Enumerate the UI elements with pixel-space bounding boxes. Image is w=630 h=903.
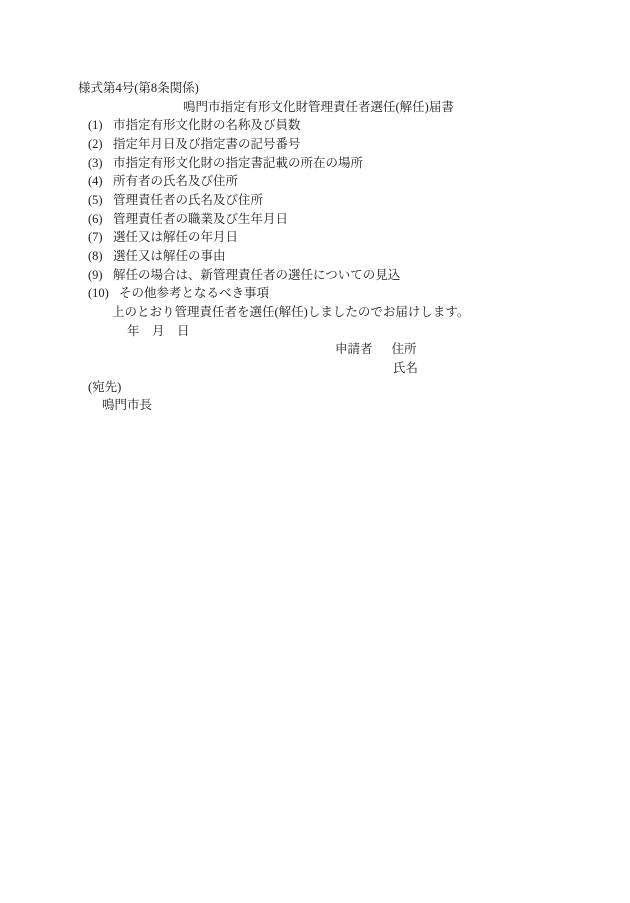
item-text: その他参考となるべき事項 [119, 286, 269, 300]
item-text: 所有者の氏名及び住所 [113, 174, 238, 188]
list-item: (4)所有者の氏名及び住所 [0, 172, 630, 191]
addressee-name: 鳴門市長 [0, 396, 630, 415]
item-text: 選任又は解任の年月日 [113, 230, 238, 244]
list-item: (5)管理責任者の氏名及び住所 [0, 191, 630, 210]
item-number: (7) [88, 228, 113, 247]
list-item: (2)指定年月日及び指定書の記号番号 [0, 135, 630, 154]
list-item: (10)その他参考となるべき事項 [0, 284, 630, 303]
list-item: (6)管理責任者の職業及び生年月日 [0, 210, 630, 229]
item-number: (6) [88, 210, 113, 229]
applicant-name-label: 氏名 [393, 361, 418, 375]
list-item: (1)市指定有形文化財の名称及び員数 [0, 116, 630, 135]
item-number: (2) [88, 135, 113, 154]
document-page: 様式第4号(第8条関係) 鳴門市指定有形文化財管理責任者選任(解任)届書 (1)… [0, 0, 630, 903]
date-line: 年 月 日 [0, 322, 630, 341]
applicant-address-label: 住所 [392, 342, 417, 356]
item-text: 選任又は解任の事由 [113, 249, 226, 263]
document-title: 鳴門市指定有形文化財管理責任者選任(解任)届書 [0, 98, 630, 117]
item-number: (8) [88, 247, 113, 266]
item-text: 管理責任者の氏名及び住所 [113, 193, 263, 207]
item-text: 管理責任者の職業及び生年月日 [113, 212, 288, 226]
item-text: 市指定有形文化財の名称及び員数 [113, 118, 301, 132]
applicant-name-line: 氏名 [0, 359, 630, 378]
list-item: (3)市指定有形文化財の指定書記載の所在の場所 [0, 154, 630, 173]
applicant-label: 申請者 [335, 342, 373, 356]
closing-sentence: 上のとおり管理責任者を選任(解任)しましたのでお届けします。 [0, 303, 630, 322]
item-text: 市指定有形文化財の指定書記載の所在の場所 [113, 156, 363, 170]
item-number: (9) [88, 266, 113, 285]
item-number: (4) [88, 172, 113, 191]
item-text: 指定年月日及び指定書の記号番号 [113, 137, 301, 151]
item-number: (5) [88, 191, 113, 210]
item-number: (10) [88, 284, 119, 303]
list-item: (8)選任又は解任の事由 [0, 247, 630, 266]
form-document: 様式第4号(第8条関係) 鳴門市指定有形文化財管理責任者選任(解任)届書 (1)… [0, 0, 630, 415]
applicant-line: 申請者住所 [0, 340, 630, 359]
item-number: (1) [88, 116, 113, 135]
list-item: (7)選任又は解任の年月日 [0, 228, 630, 247]
list-item: (9)解任の場合は、新管理責任者の選任についての見込 [0, 266, 630, 285]
form-number-label: 様式第4号(第8条関係) [0, 79, 630, 98]
item-number: (3) [88, 154, 113, 173]
item-text: 解任の場合は、新管理責任者の選任についての見込 [113, 268, 400, 282]
addressee-heading: (宛先) [0, 378, 630, 397]
